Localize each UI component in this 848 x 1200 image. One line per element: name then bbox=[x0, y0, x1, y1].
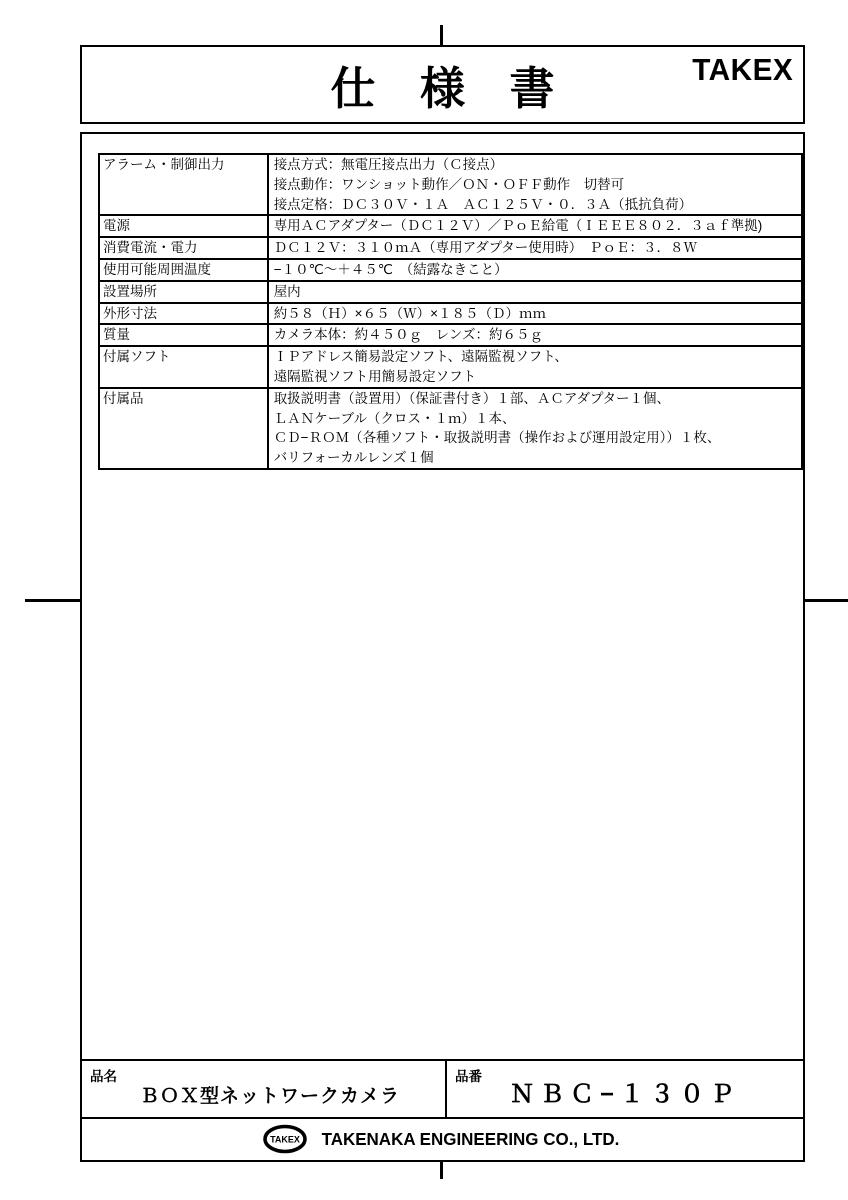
table-row-installation-location: 設置場所 屋内 bbox=[99, 281, 802, 303]
spec-label: 付属品 bbox=[99, 388, 268, 469]
spec-value: 専用ＡＣアダプター（ＤＣ１２Ｖ）／ＰｏＥ給電（ＩＥＥＥ８０２．３ａｆ準拠) bbox=[268, 215, 802, 237]
registration-mark-right bbox=[803, 599, 848, 602]
spec-value: カメラ本体：約４５０ｇ レンズ：約６５ｇ bbox=[268, 324, 802, 346]
spec-table: アラーム・制御出力 接点方式：無電圧接点出力（Ｃ接点） 接点動作：ワンショット動… bbox=[98, 153, 803, 470]
product-number-cell: 品番 ＮＢＣ−１３０Ｐ bbox=[447, 1061, 803, 1117]
spec-line: 接点動作：ワンショット動作／ＯＮ・ＯＦＦ動作 切替可 bbox=[274, 175, 796, 195]
spec-value: ＩＰアドレス簡易設定ソフト、遠隔監視ソフト、 遠隔監視ソフト用簡易設定ソフト bbox=[268, 346, 802, 388]
document-frame: アラーム・制御出力 接点方式：無電圧接点出力（Ｃ接点） 接点動作：ワンショット動… bbox=[80, 132, 805, 1162]
spec-line: 遠隔監視ソフト用簡易設定ソフト bbox=[274, 367, 796, 387]
spec-value: −１０℃～＋４５℃ （結露なきこと） bbox=[268, 259, 802, 281]
registration-mark-top bbox=[440, 25, 443, 46]
product-name-label: 品名 bbox=[90, 1065, 117, 1085]
spec-line: ＤＣ１２Ｖ：３１０ｍＡ（専用アダプター使用時） ＰｏＥ：３．８Ｗ bbox=[274, 238, 796, 258]
takex-oval-logo-icon: TAKEX bbox=[262, 1124, 308, 1154]
spec-label: 電源 bbox=[99, 215, 268, 237]
spec-label: 質量 bbox=[99, 324, 268, 346]
spec-line: ＣＤ−ＲＯＭ（各種ソフト・取扱説明書（操作および運用設定用））１枚、 bbox=[274, 428, 796, 448]
spec-line: ＬＡＮケーブル（クロス・１ｍ）１本、 bbox=[274, 409, 796, 429]
table-row-current-consumption: 消費電流・電力 ＤＣ１２Ｖ：３１０ｍＡ（専用アダプター使用時） ＰｏＥ：３．８Ｗ bbox=[99, 237, 802, 259]
spec-value: 約５８（Ｈ）×６５（Ｗ）×１８５（Ｄ）ｍｍ bbox=[268, 303, 802, 325]
spec-label: 消費電流・電力 bbox=[99, 237, 268, 259]
registration-mark-bottom bbox=[440, 1160, 443, 1179]
spec-line: 接点方式：無電圧接点出力（Ｃ接点） bbox=[274, 155, 796, 175]
spec-label: 外形寸法 bbox=[99, 303, 268, 325]
spec-line: 接点定格：ＤＣ３０Ｖ・１Ａ ＡＣ１２５Ｖ・０．３Ａ（抵抗負荷） bbox=[274, 195, 796, 215]
company-name: TAKENAKA ENGINEERING CO., LTD. bbox=[321, 1129, 619, 1150]
registration-mark-left bbox=[25, 599, 80, 602]
spec-line: 専用ＡＣアダプター（ＤＣ１２Ｖ）／ＰｏＥ給電（ＩＥＥＥ８０２．３ａｆ準拠) bbox=[274, 216, 796, 236]
product-name-value: ＢＯＸ型ネットワークカメラ bbox=[140, 1081, 400, 1108]
specification-body: アラーム・制御出力 接点方式：無電圧接点出力（Ｃ接点） 接点動作：ワンショット動… bbox=[82, 134, 803, 1059]
table-row-power: 電源 専用ＡＣアダプター（ＤＣ１２Ｖ）／ＰｏＥ給電（ＩＥＥＥ８０２．３ａｆ準拠) bbox=[99, 215, 802, 237]
spec-label: 設置場所 bbox=[99, 281, 268, 303]
spec-label: 使用可能周囲温度 bbox=[99, 259, 268, 281]
spec-label: アラーム・制御出力 bbox=[99, 154, 268, 215]
title-band: 仕 様 書 TAKEX bbox=[80, 45, 805, 124]
table-row-alarm-output: アラーム・制御出力 接点方式：無電圧接点出力（Ｃ接点） 接点動作：ワンショット動… bbox=[99, 154, 802, 215]
spec-line: 屋内 bbox=[274, 282, 796, 302]
spec-line: 取扱説明書（設置用）（保証書付き）１部、ＡＣアダプター１個、 bbox=[274, 389, 796, 409]
product-number-value: ＮＢＣ−１３０Ｐ bbox=[447, 1074, 803, 1109]
table-row-weight: 質量 カメラ本体：約４５０ｇ レンズ：約６５ｇ bbox=[99, 324, 802, 346]
footer-band: TAKEX TAKENAKA ENGINEERING CO., LTD. bbox=[82, 1117, 803, 1159]
table-row-accessories: 付属品 取扱説明書（設置用）（保証書付き）１部、ＡＣアダプター１個、 ＬＡＮケー… bbox=[99, 388, 802, 469]
table-row-dimensions: 外形寸法 約５８（Ｈ）×６５（Ｗ）×１８５（Ｄ）ｍｍ bbox=[99, 303, 802, 325]
spec-line: カメラ本体：約４５０ｇ レンズ：約６５ｇ bbox=[274, 325, 796, 345]
spec-line: バリフォーカルレンズ１個 bbox=[274, 448, 796, 468]
takex-logo: TAKEX bbox=[692, 52, 793, 88]
spec-label: 付属ソフト bbox=[99, 346, 268, 388]
spec-value: 接点方式：無電圧接点出力（Ｃ接点） 接点動作：ワンショット動作／ＯＮ・ＯＦＦ動作… bbox=[268, 154, 802, 215]
spec-value: 屋内 bbox=[268, 281, 802, 303]
product-band: 品名 ＢＯＸ型ネットワークカメラ 品番 ＮＢＣ−１３０Ｐ bbox=[82, 1059, 803, 1117]
spec-line: −１０℃～＋４５℃ （結露なきこと） bbox=[274, 260, 796, 280]
spec-line: 約５８（Ｈ）×６５（Ｗ）×１８５（Ｄ）ｍｍ bbox=[274, 304, 796, 324]
spec-value: ＤＣ１２Ｖ：３１０ｍＡ（専用アダプター使用時） ＰｏＥ：３．８Ｗ bbox=[268, 237, 802, 259]
svg-text:TAKEX: TAKEX bbox=[270, 1135, 300, 1145]
spec-line: ＩＰアドレス簡易設定ソフト、遠隔監視ソフト、 bbox=[274, 347, 796, 367]
table-row-included-software: 付属ソフト ＩＰアドレス簡易設定ソフト、遠隔監視ソフト、 遠隔監視ソフト用簡易設… bbox=[99, 346, 802, 388]
table-row-operating-temperature: 使用可能周囲温度 −１０℃～＋４５℃ （結露なきこと） bbox=[99, 259, 802, 281]
product-name-cell: 品名 ＢＯＸ型ネットワークカメラ bbox=[82, 1061, 447, 1117]
spec-value: 取扱説明書（設置用）（保証書付き）１部、ＡＣアダプター１個、 ＬＡＮケーブル（ク… bbox=[268, 388, 802, 469]
